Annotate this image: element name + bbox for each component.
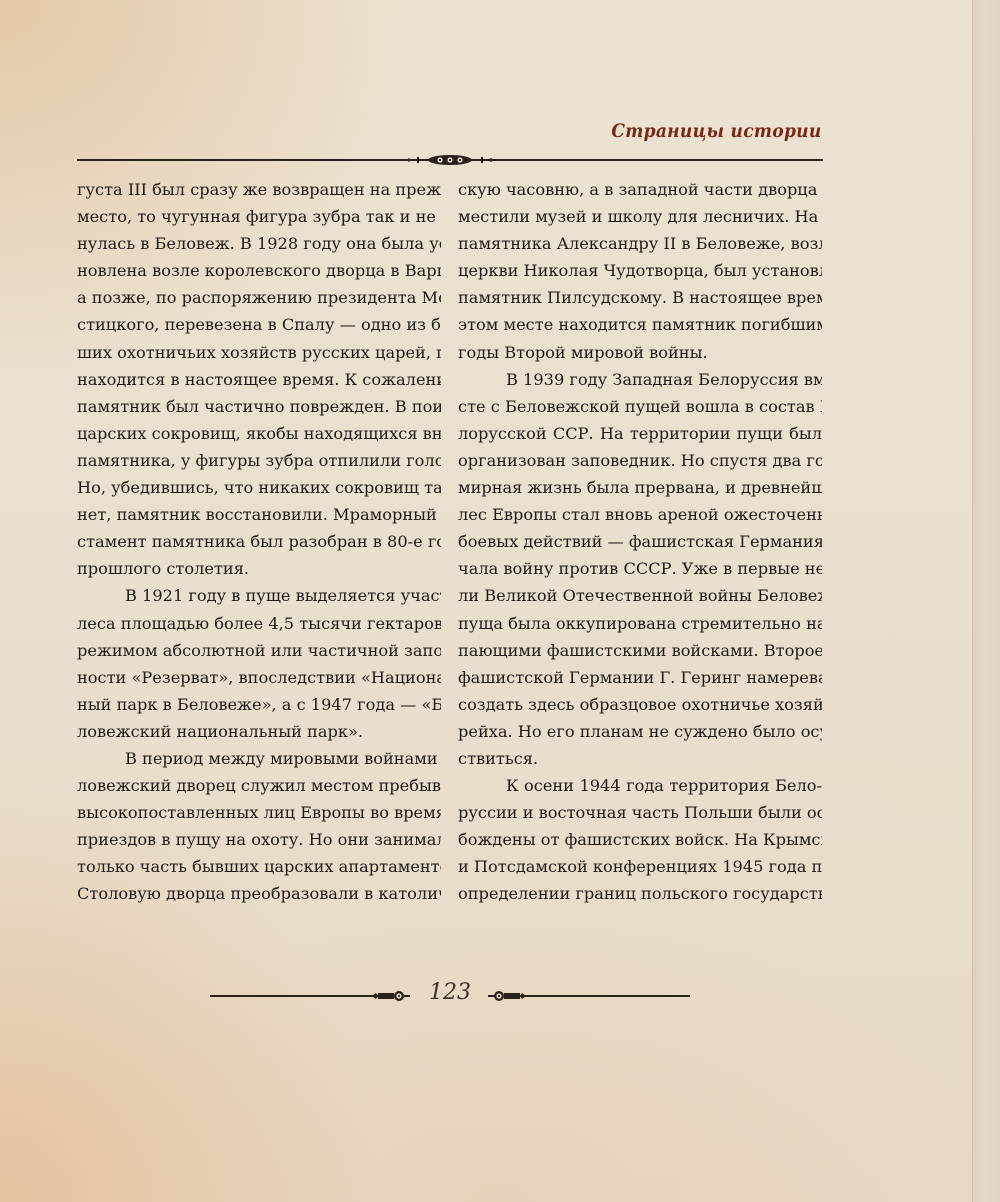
text-line: рейха. Но его планам не суждено было осу… (458, 718, 822, 745)
text-line: фашистской Германии Г. Геринг намеревалс… (458, 664, 822, 691)
paragraph: В 1921 году в пуще выделяется участоклес… (77, 582, 441, 745)
text-line: этом месте находится памятник погибшим в (458, 311, 822, 338)
text-line: годы Второй мировой войны. (458, 339, 822, 366)
footer-rule-right (505, 995, 690, 997)
page-edge (972, 0, 1000, 1202)
text-line: пуща была оккупирована стремительно наст… (458, 610, 822, 637)
text-line: памятник был частично поврежден. В поиск… (77, 393, 441, 420)
text-line: ловежский национальный парк». (77, 718, 441, 745)
text-line: режимом абсолютной или частичной заповед… (77, 637, 441, 664)
paragraph: К осени 1944 года территория Бело-руссии… (458, 772, 822, 907)
text-line: приездов в пущу на охоту. Но они занимал… (77, 826, 441, 853)
text-line: ствиться. (458, 745, 822, 772)
text-line: нет, памятник восстановили. Мраморный по… (77, 501, 441, 528)
text-line: только часть бывших царских апартаментов… (77, 853, 441, 880)
text-line: памятника Александру II в Беловеже, возл… (458, 230, 822, 257)
text-line: царских сокровищ, якобы находящихся внут… (77, 420, 441, 447)
text-line: лес Европы стал вновь ареной ожесточенны… (458, 501, 822, 528)
page-number: 123 (422, 980, 478, 1005)
text-line: памятник Пилсудскому. В настоящее время … (458, 284, 822, 311)
text-line: находится в настоящее время. К сожалению… (77, 366, 441, 393)
text-line: Столовую дворца преобразовали в католиче… (77, 880, 441, 907)
paragraph: В период между мировыми войнами Бе-ловеж… (77, 745, 441, 908)
text-line: место, то чугунная фигура зубра так и не… (77, 203, 441, 230)
text-line: определении границ польского государства (458, 880, 822, 907)
text-line: ный парк в Беловеже», а с 1947 года — «Б… (77, 691, 441, 718)
text-line: и Потсдамской конференциях 1945 года при (458, 853, 822, 880)
text-line: ших охотничьих хозяйств русских царей, г… (77, 339, 441, 366)
text-line: чала войну против СССР. Уже в первые нед… (458, 555, 822, 582)
text-line: густа III был сразу же возвращен на преж… (77, 176, 441, 203)
text-line: нулась в Беловеж. В 1928 году она была у… (77, 230, 441, 257)
text-line: скую часовню, а в западной части дворца … (458, 176, 822, 203)
text-line: стамент памятника был разобран в 80-е го… (77, 528, 441, 555)
text-line: В 1921 году в пуще выделяется участок (77, 582, 441, 609)
text-line: ности «Резерват», впоследствии «Национал… (77, 664, 441, 691)
text-line: леса площадью более 4,5 тысячи гектаров … (77, 610, 441, 637)
text-line: новлена возле королевского дворца в Варш… (77, 257, 441, 284)
text-line: В 1939 году Западная Белоруссия вме- (458, 366, 822, 393)
footer-ornament-left-icon (370, 988, 410, 1004)
text-line: прошлого столетия. (77, 555, 441, 582)
running-head: Страницы истории (612, 120, 822, 142)
text-line: стицкого, перевезена в Спалу — одно из б… (77, 311, 441, 338)
text-line: высокопоставленных лиц Европы во время и… (77, 799, 441, 826)
paragraph: В 1939 году Западная Белоруссия вме-сте … (458, 366, 822, 772)
ornament-divider-icon (405, 152, 495, 168)
text-line: сте с Беловежской пущей вошла в состав Б… (458, 393, 822, 420)
text-line: Но, убедившись, что никаких сокровищ там (77, 474, 441, 501)
text-line: местили музей и школу для лесничих. На м… (458, 203, 822, 230)
book-page: Страницы истории густа III был сразу же … (0, 0, 1000, 1202)
text-line: организован заповедник. Но спустя два го… (458, 447, 822, 474)
right-column: скую часовню, а в западной части дворца … (458, 176, 822, 908)
footer-rule-left (210, 995, 380, 997)
text-line: а позже, по распоряжению президента Мо- (77, 284, 441, 311)
text-line: ловежский дворец служил местом пребывани… (77, 772, 441, 799)
text-line: руссии и восточная часть Польши были осв… (458, 799, 822, 826)
text-line: мирная жизнь была прервана, и древнейший (458, 474, 822, 501)
text-line: церкви Николая Чудотворца, был установле… (458, 257, 822, 284)
text-line: К осени 1944 года территория Бело- (458, 772, 822, 799)
paragraph: густа III был сразу же возвращен на преж… (77, 176, 441, 582)
text-line: лорусской ССР. На территории пущи был (458, 420, 822, 447)
text-line: В период между мировыми войнами Бе- (77, 745, 441, 772)
left-column: густа III был сразу же возвращен на преж… (77, 176, 441, 908)
text-line: памятника, у фигуры зубра отпилили голов… (77, 447, 441, 474)
text-line: боевых действий — фашистская Германия на… (458, 528, 822, 555)
text-line: бождены от фашистских войск. На Крымской (458, 826, 822, 853)
text-line: пающими фашистскими войсками. Второе лиц… (458, 637, 822, 664)
text-line: ли Великой Отечественной войны Беловежск… (458, 582, 822, 609)
paragraph: скую часовню, а в западной части дворца … (458, 176, 822, 366)
text-line: создать здесь образцовое охотничье хозяй… (458, 691, 822, 718)
